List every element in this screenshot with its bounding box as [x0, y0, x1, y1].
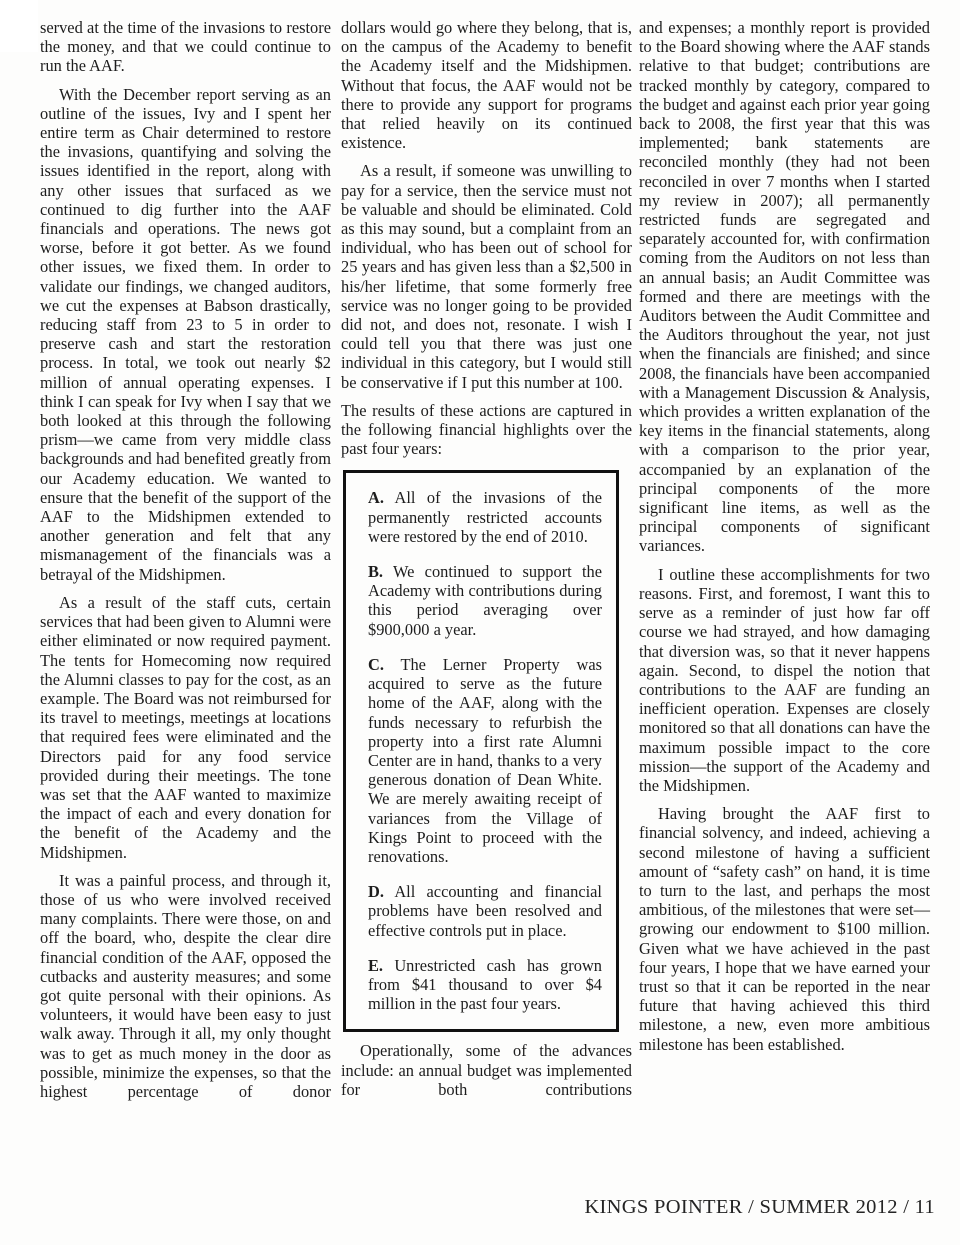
financial-highlights-box: A. All of the invasions of the permanent…: [343, 470, 619, 1032]
paragraph: Having brought the AAF first to financia…: [639, 804, 930, 1054]
paragraph: served at the time of the invasions to r…: [40, 18, 331, 76]
highlight-item-a: A. All of the invasions of the permanent…: [368, 488, 602, 546]
item-label: E.: [368, 956, 383, 975]
item-text: We continued to support the Academy with…: [368, 562, 602, 639]
item-text: Unrestricted cash has grown from $41 tho…: [368, 956, 602, 1013]
paragraph: With the December report serving as an o…: [40, 85, 331, 584]
scan-artifact: [0, 0, 38, 52]
item-text: All of the invasions of the permanently …: [368, 488, 602, 545]
page-footer: KINGS POINTER / SUMMER 2012 / 11: [0, 1196, 935, 1219]
paragraph: As a result of the staff cuts, certain s…: [40, 593, 331, 862]
paragraph: The results of these actions are capture…: [341, 401, 632, 459]
paragraph: As a result, if someone was unwilling to…: [341, 161, 632, 391]
item-label: A.: [368, 488, 384, 507]
paragraph: and expenses; a monthly report is provid…: [639, 18, 930, 556]
text-column-3: and expenses; a monthly report is provid…: [639, 18, 930, 1054]
item-text: The Lerner Property was acquired to serv…: [368, 655, 602, 866]
item-label: C.: [368, 655, 384, 674]
highlight-item-b: B. We continued to support the Academy w…: [368, 562, 602, 639]
paragraph: It was a painful process, and through it…: [40, 871, 331, 1101]
highlight-item-c: C. The Lerner Property was acquired to s…: [368, 655, 602, 866]
magazine-page: served at the time of the invasions to r…: [0, 0, 960, 1245]
item-text: All accounting and financial problems ha…: [368, 882, 602, 939]
highlight-item-e: E. Unrestricted cash has grown from $41 …: [368, 956, 602, 1014]
highlight-item-d: D. All accounting and financial problems…: [368, 882, 602, 940]
paragraph: dollars would go where they belong, that…: [341, 18, 632, 152]
paragraph: I outline these accomplishments for two …: [639, 565, 930, 795]
item-label: D.: [368, 882, 384, 901]
text-column-1: served at the time of the invasions to r…: [40, 18, 331, 1101]
paragraph: Operationally, some of the advances incl…: [341, 1041, 632, 1099]
text-column-2: dollars would go where they belong, that…: [341, 18, 632, 1099]
item-label: B.: [368, 562, 383, 581]
